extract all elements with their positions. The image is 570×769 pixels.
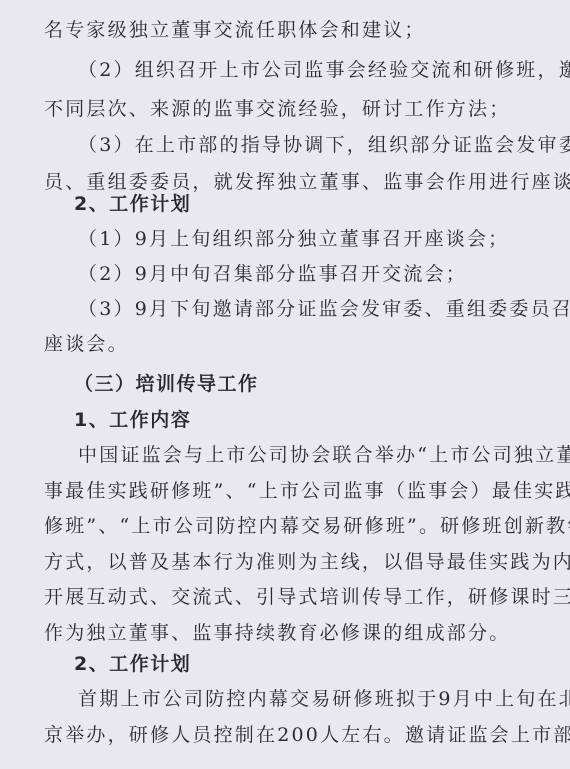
subsection-heading: 1、工作内容 (74, 408, 191, 432)
body-line: 京举办，研修人员控制在200人左右。邀请证监会上市部、 (44, 723, 570, 747)
body-line: 首期上市公司防控内幕交易研修班拟于9月中上旬在北 (78, 687, 570, 711)
body-line: 名专家级独立董事交流任职体会和建议； (44, 18, 426, 42)
section-heading: （三）培训传导工作 (74, 372, 259, 396)
body-line: 方式，以普及基本行为准则为主线，以倡导最佳实践为内容， (44, 550, 570, 574)
list-item: （2）组织召开上市公司监事会经验交流和研修班，邀请 (78, 58, 570, 82)
body-line: 作为独立董事、监事持续教育必修课的组成部分。 (44, 621, 510, 645)
body-line: 不同层次、来源的监事交流经验，研讨工作方法； (44, 97, 510, 121)
body-line: 事最佳实践研修班”、“上市公司监事（监事会）最佳实践研 (44, 479, 570, 503)
body-line: 开展互动式、交流式、引导式培训传导工作，研修课时三天， (44, 585, 570, 609)
section-heading: 2、工作计划 (74, 192, 191, 216)
body-line: 员、重组委委员，就发挥独立董事、监事会作用进行座谈。 (44, 170, 570, 194)
list-item: （3）9月下旬邀请部分证监会发审委、重组委委员召开 (78, 297, 570, 321)
body-line: 中国证监会与上市公司协会联合举办“上市公司独立董 (78, 443, 570, 467)
body-line: 修班”、“上市公司防控内幕交易研修班”。研修班创新教学 (44, 514, 570, 538)
document-page: 名专家级独立董事交流任职体会和建议； （2）组织召开上市公司监事会经验交流和研修… (0, 0, 570, 769)
list-item: （2）9月中旬召集部分监事召开交流会； (78, 262, 467, 286)
list-item: （3）在上市部的指导协调下，组织部分证监会发审委委 (78, 133, 570, 157)
body-line: 座谈会。 (44, 332, 129, 356)
subsection-heading: 2、工作计划 (74, 652, 191, 676)
list-item: （1）9月上旬组织部分独立董事召开座谈会； (78, 227, 509, 251)
